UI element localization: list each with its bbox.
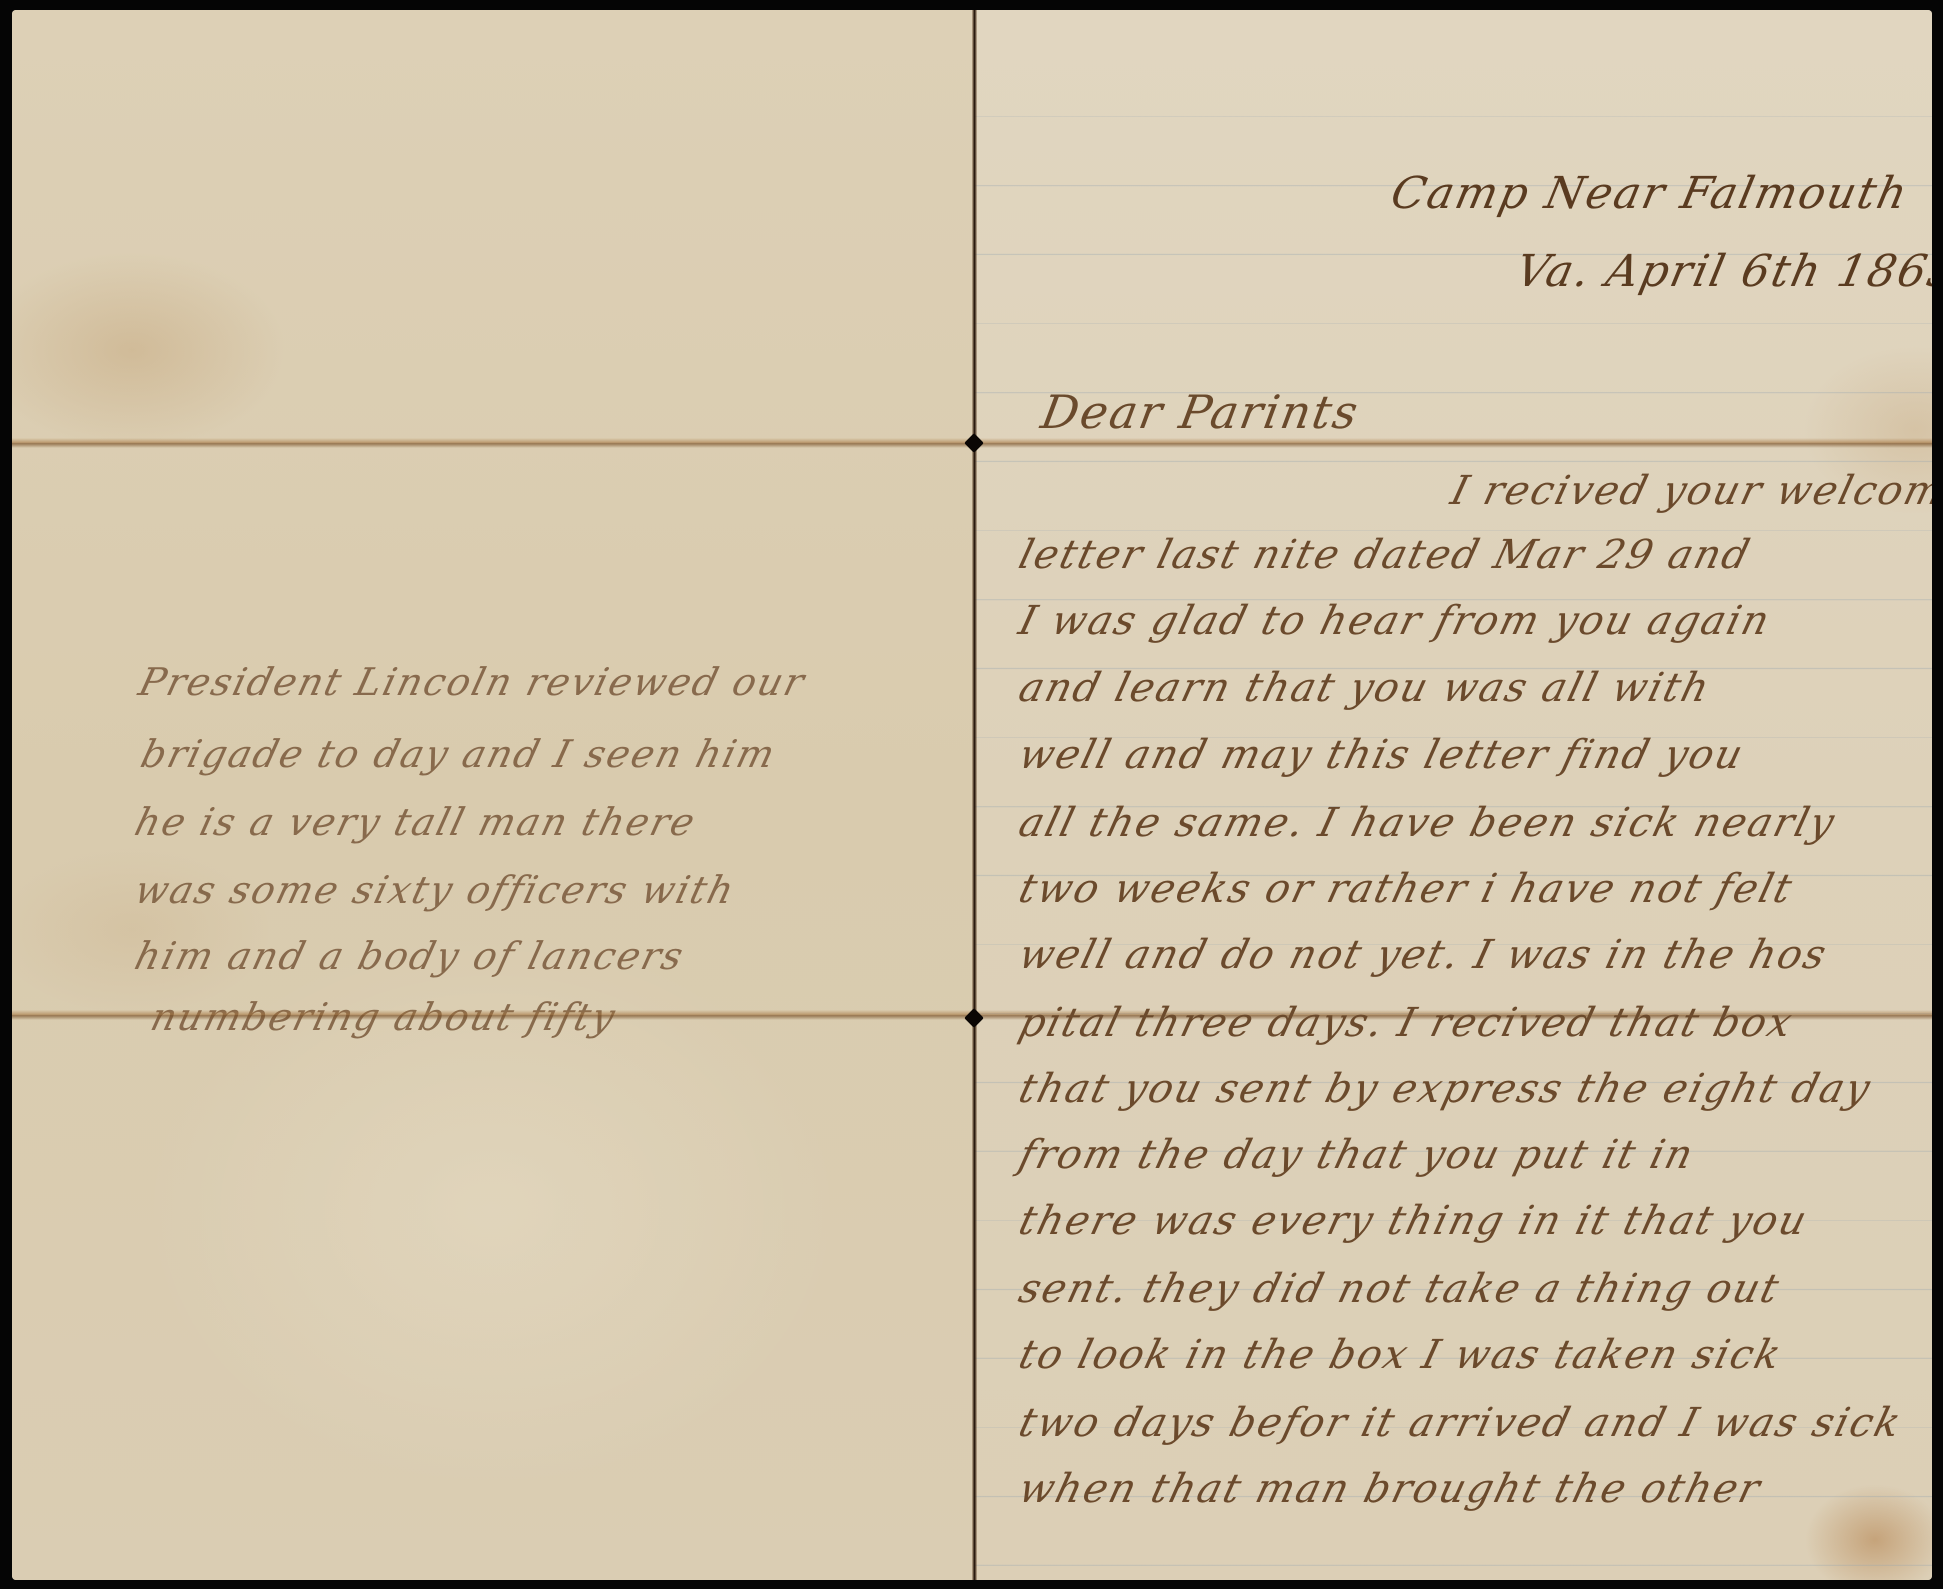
right-line: two weeks or rather i have not felt (1014, 866, 1798, 912)
right-line: and learn that you was all with (1014, 665, 1715, 711)
left-line: him and a body of lancers (131, 934, 690, 978)
letter-heading-place: Camp Near Falmouth (1387, 168, 1914, 219)
left-page: President Lincoln reviewed our brigade t… (12, 10, 975, 1580)
left-line: President Lincoln reviewed our (135, 660, 811, 704)
right-line: well and may this letter find you (1014, 732, 1749, 778)
right-line: pital three days. I recived that box (1014, 1000, 1798, 1046)
left-line: he is a very tall man there (131, 800, 702, 844)
right-line: two days befor it arrived and I was sick (1014, 1400, 1907, 1446)
letter-sheet: President Lincoln reviewed our brigade t… (12, 10, 1932, 1580)
right-line: from the day that you put it in (1014, 1132, 1699, 1178)
letter-salutation: Dear Parints (1037, 385, 1363, 439)
right-line: to look in the box I was taken sick (1014, 1332, 1787, 1378)
right-line: I recived your welcom (1446, 468, 1932, 514)
vertical-fold (972, 10, 977, 1580)
right-line: I was glad to hear from you again (1014, 598, 1776, 644)
right-line: when that man brought the other (1014, 1466, 1766, 1512)
left-line: brigade to day and I seen him (137, 732, 782, 776)
left-line: was some sixty officers with (131, 868, 741, 912)
right-line: well and do not yet. I was in the hos (1014, 932, 1832, 978)
right-line: sent. they did not take a thing out (1014, 1266, 1785, 1312)
right-line: all the same. I have been sick nearly (1014, 800, 1840, 846)
right-line: letter last nite dated Mar 29 and (1014, 532, 1756, 578)
letter-heading-date: Va. April 6th 1863 (1512, 246, 1932, 297)
right-line: that you sent by express the eight day (1014, 1066, 1876, 1112)
right-line: there was every thing in it that you (1014, 1198, 1813, 1244)
